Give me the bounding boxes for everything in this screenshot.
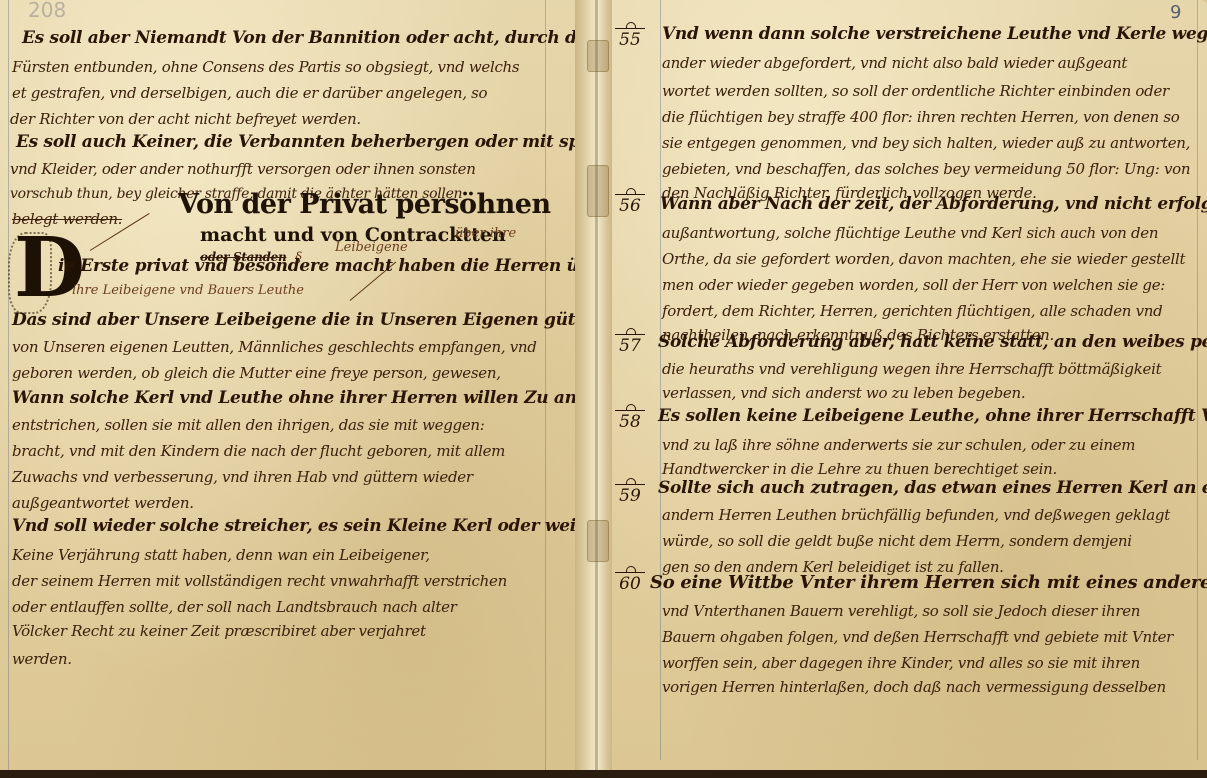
text-line: verlassen, vnd sich anderst wo zu leben … [662,384,1025,402]
text-line: die flüchtigen bey straffe 400 flor: ihr… [662,108,1180,126]
text-line: vnd Kleider, oder ander nothurfft versor… [10,160,476,178]
text-line: entstrichen, sollen sie mit allen den ih… [12,416,485,434]
section-number: 56 [612,194,648,216]
text-line: sie entgegen genommen, vnd bey sich halt… [662,134,1190,152]
text-line: Vnd soll wieder solche streicher, es sei… [12,516,607,536]
decorated-initial: D [14,222,62,314]
text-line: geboren werden, ob gleich die Mutter ein… [12,364,501,382]
folio-pencil-number: 208 [28,0,66,22]
text-line: gebieten, vnd beschaffen, das solches be… [662,160,1190,178]
text-line: vnd zu laß ihre söhne anderwerts sie zur… [662,436,1135,454]
page-bottom-edge [0,770,1207,778]
section-number: 59 [612,484,648,506]
text-line: ander wieder abgefordert, vnd nicht also… [662,54,1127,72]
text-line: andern Herren Leuthen brüchfällig befund… [662,506,1170,524]
manuscript-spread: 208 Es soll aber Niemandt Von der Bannit… [0,0,1207,778]
text-line: vorigen Herren hinterlaßen, doch daß nac… [662,678,1166,696]
text-line: Sollte sich auch zutragen, das etwan ein… [658,478,1207,498]
binding-stitch [587,165,609,217]
text-line: oder entlauffen sollte, der soll nach La… [12,598,457,616]
text-line: die heuraths vnd verehligung wegen ihre … [662,360,1161,378]
text-line: Es sollen keine Leibeigene Leuthe, ohne … [658,406,1207,426]
text-line: außantwortung, solche flüchtige Leuthe v… [662,224,1158,242]
text-line: der Richter von der acht nicht befreyet … [10,110,361,128]
marginal-gloss: Leibeigene [335,240,408,255]
left-margin-rule [660,0,661,760]
text-line: Handtwercker in die Lehre zu thuen berec… [662,460,1057,478]
left-page: 208 Es soll aber Niemandt Von der Bannit… [0,0,588,770]
text-line: Vnd wenn dann solche verstreichene Leuth… [662,24,1207,44]
section-number: 57 [612,334,648,356]
text-line: Solche Abforderung aber, hatt keine stat… [658,332,1207,352]
first-line: ie Erste privat vnd besondere macht habe… [58,256,609,276]
text-line: Es soll auch Keiner, die Verbannten behe… [16,132,622,152]
marginal-gloss: über ihre [455,226,516,241]
text-line: Keine Verjährung statt haben, denn wan e… [12,546,430,564]
text-line: außgeantwortet werden. [12,494,194,512]
text-line: worffen sein, aber dagegen ihre Kinder, … [662,654,1140,672]
right-margin-rule [1197,0,1198,760]
text-line: würde, so soll die geldt buße nicht dem … [662,532,1132,550]
spine-fold [595,0,598,778]
text-line: Das sind aber Unsere Leibeigene die in U… [12,310,614,330]
text-line: Bauern ohgaben folgen, vnd deßen Herrsch… [662,628,1173,646]
text-line: Zuwachs vnd verbesserung, vnd ihren Hab … [12,468,473,486]
text-line: et gestrafen, vnd derselbigen, auch die … [12,84,487,102]
text-line: Es soll aber Niemandt Von der Bannition … [22,28,599,48]
text-line: vnd Vnterthanen Bauern verehligt, so sol… [662,602,1140,620]
folio-number: 9 [1170,2,1181,23]
text-line: men oder wieder gegeben worden, soll der… [662,276,1165,294]
section-number: 55 [612,28,648,50]
section-number: 58 [612,410,648,432]
text-line: werden. [12,650,72,668]
right-margin-rule [545,0,546,770]
text-line: von Unseren eigenen Leutten, Männliches … [12,338,537,356]
left-margin-rule [8,0,9,770]
text-line: Orthe, da sie gefordert worden, davon ma… [662,250,1185,268]
interlinear-gloss: ihre Leibeigene vnd Bauers Leuthe [72,283,304,298]
text-line: Fürsten entbunden, ohne Consens des Part… [12,58,519,76]
text-line: wortet werden sollten, so soll der orden… [662,82,1169,100]
binding-stitch [587,520,609,562]
binding-stitch [587,40,609,72]
text-line: Völcker Recht zu keiner Zeit præscribire… [12,622,426,640]
text-line: fordert, dem Richter, Herren, gerichten … [662,302,1162,320]
section-number: 60 [612,572,648,594]
text-line: der seinem Herren mit vollständigen rech… [12,572,507,590]
text-line: Wann solche Kerl vnd Leuthe ohne ihrer H… [12,388,594,408]
section-heading: Von der Privat persöhnen [178,189,551,220]
text-line: So eine Wittbe Vnter ihrem Herren sich m… [650,572,1207,593]
text-line: Wann aber Nach der zeit, der Abforderung… [660,194,1207,214]
text-line: bracht, vnd mit den Kindern die nach der… [12,442,505,460]
